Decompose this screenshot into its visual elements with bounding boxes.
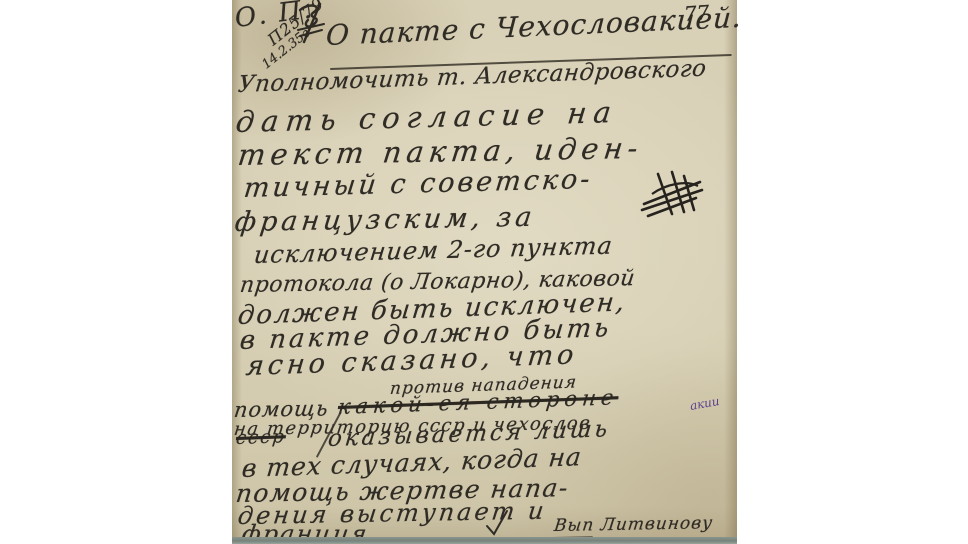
handwritten-line: Уполномочить т. Александровского (237, 58, 708, 97)
manuscript-page: О. П. П25/79 14.2.35г. О пакте с Чехосло… (232, 0, 737, 544)
check-stroke (484, 508, 510, 538)
routing-abbr: Вып (552, 515, 595, 539)
handwritten-line: дать согласие на (234, 98, 619, 137)
scratched-out-word (638, 170, 708, 222)
handwritten-line: французским, за (233, 204, 537, 236)
handwritten-line: исключением 2-го пункта (253, 234, 615, 267)
routing-note: Вып Литвинову (553, 515, 714, 535)
scanner-edge-strip (232, 537, 737, 544)
document-title: О пакте с Чехословакией. (325, 4, 743, 50)
struck-word: ссср (235, 428, 287, 448)
handwritten-line: тичный с советско- (242, 166, 594, 202)
scan-background: О. П. П25/79 14.2.35г. О пакте с Чехосло… (0, 0, 968, 544)
margin-insertion-violet: акии (689, 395, 720, 412)
page-number: 77 (683, 2, 710, 24)
routing-name: Литвинову (600, 513, 715, 535)
